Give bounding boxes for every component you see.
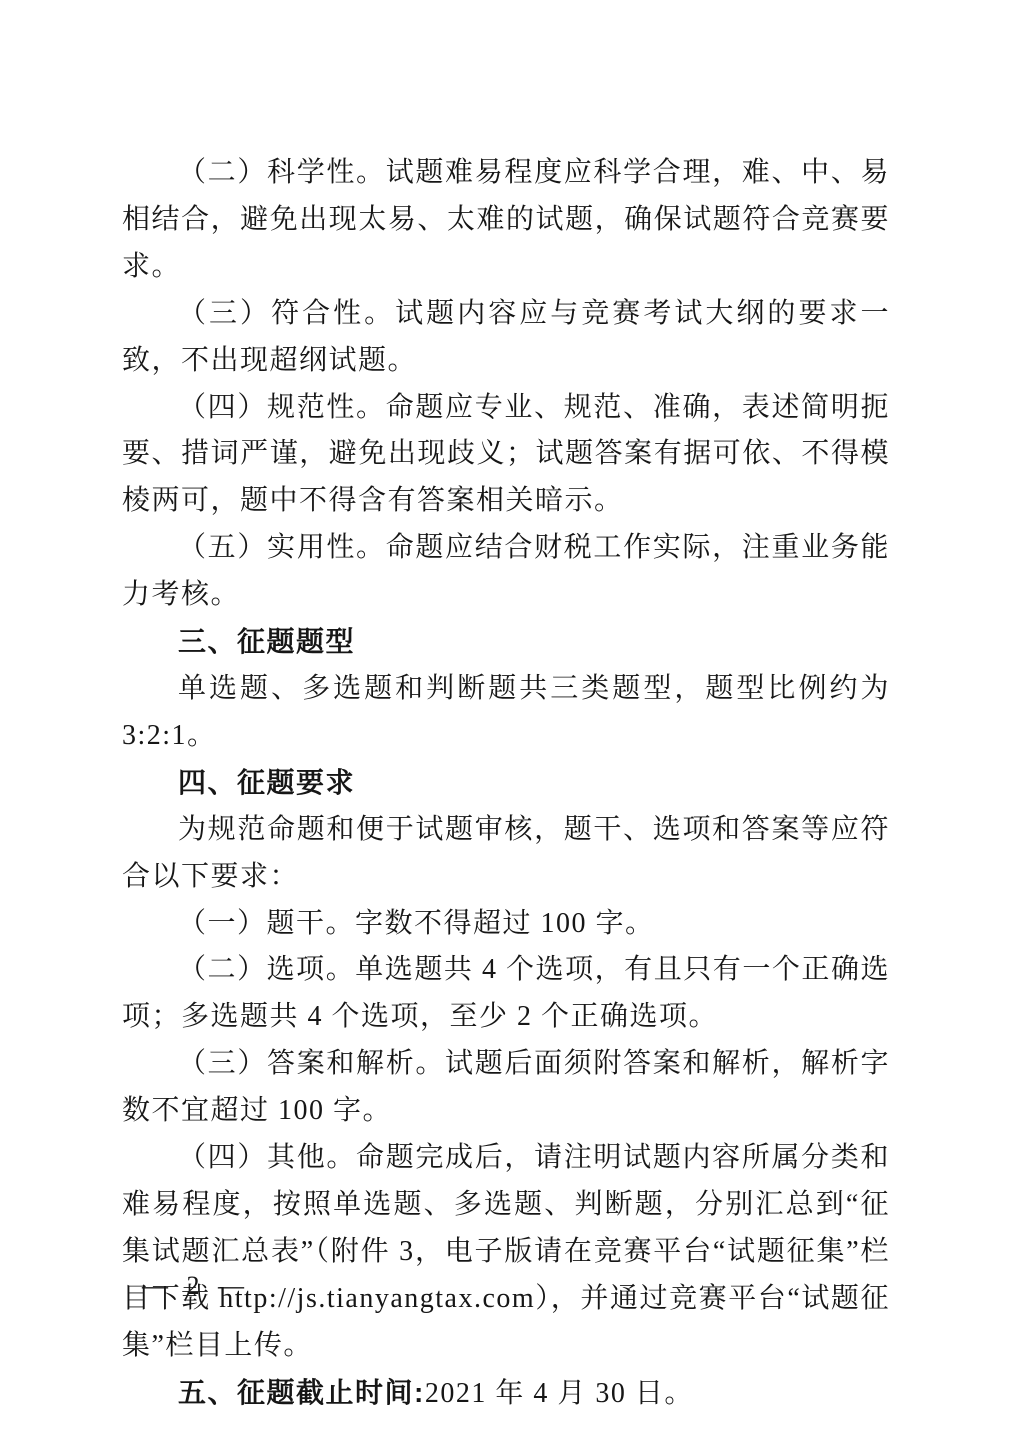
section-heading-requirements: 四、征题要求 (122, 760, 890, 807)
paragraph-requirements-intro: 为规范命题和便于试题审核，题干、选项和答案等应符合以下要求： (122, 807, 890, 901)
paragraph-other-upload: （四）其他。命题完成后，请注明试题内容所属分类和难易程度，按照单选题、多选题、判… (122, 1135, 890, 1370)
paragraph-answer-analysis: （三）答案和解析。试题后面须附答案和解析，解析字数不宜超过 100 字。 (122, 1041, 890, 1135)
deadline-heading: 五、征题截止时间: (178, 1377, 425, 1408)
deadline-line: 五、征题截止时间:2021 年 4 月 30 日。 (122, 1370, 890, 1418)
paragraph-conformity: （三）符合性。试题内容应与竞赛考试大纲的要求一致，不出现超纲试题。 (122, 291, 890, 385)
deadline-date: 2021 年 4 月 30 日。 (425, 1378, 694, 1409)
paragraph-practicality: （五）实用性。命题应结合财税工作实际，注重业务能力考核。 (122, 525, 890, 619)
paragraph-standardization: （四）规范性。命题应专业、规范、准确，表述简明扼要、措词严谨，避免出现歧义；试题… (122, 385, 890, 526)
document-body: （二）科学性。试题难易程度应科学合理，难、中、易相结合，避免出现太易、太难的试题… (122, 150, 890, 1417)
page-number: — 2 — (142, 1271, 246, 1301)
paragraph-options-rule: （二）选项。单选题共 4 个选项，有且只有一个正确选项；多选题共 4 个选项，至… (122, 947, 890, 1041)
section-heading-question-types: 三、征题题型 (122, 619, 890, 666)
paragraph-stem-limit: （一）题干。字数不得超过 100 字。 (122, 901, 890, 948)
paragraph-question-type-ratio: 单选题、多选题和判断题共三类题型，题型比例约为 3:2:1。 (122, 666, 890, 760)
paragraph-scientific: （二）科学性。试题难易程度应科学合理，难、中、易相结合，避免出现太易、太难的试题… (122, 150, 890, 291)
